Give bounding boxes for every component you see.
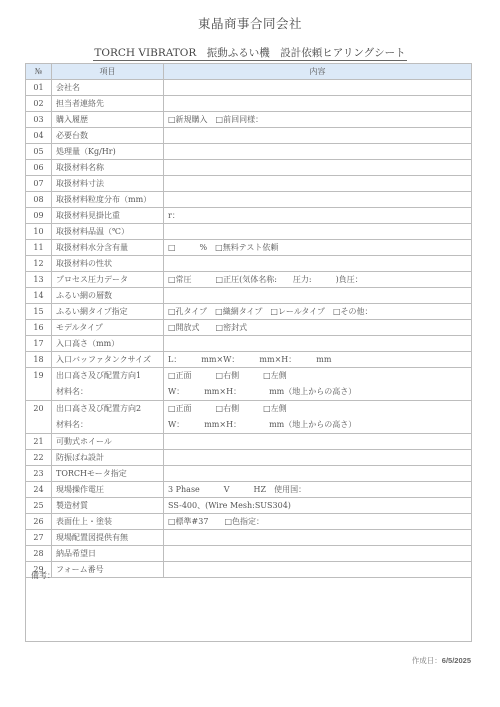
row-item-line1: 出口高さ及び配置方向2: [56, 401, 159, 417]
table-row: 10取扱材料品温（℃）: [26, 224, 472, 240]
table-row: 24現場操作電圧3 Phase V HZ 使用国：: [26, 482, 472, 498]
row-content-field[interactable]: L： mm×W： mm×H： mm: [164, 352, 472, 368]
row-item: 会社名: [52, 80, 164, 96]
row-item: TORCHモータ指定: [52, 466, 164, 482]
row-item: 納品希望日: [52, 546, 164, 562]
row-content-field[interactable]: □標準#37 □色指定：: [164, 514, 472, 530]
row-number: 21: [26, 434, 52, 450]
created-date: 作成日：6/5/2025: [412, 655, 471, 666]
row-item: 製造材質: [52, 498, 164, 514]
row-content-field[interactable]: SS-400、(Wire Mesh:SUS304): [164, 498, 472, 514]
row-number: 18: [26, 352, 52, 368]
row-number: 03: [26, 112, 52, 128]
row-content-field-line2: W： mm×H： mm（地上からの高さ）: [168, 417, 467, 433]
row-content-field-line2: W： mm×H： mm（地上からの高さ）: [168, 384, 467, 400]
table-row: 03購入履歴□新規購入 □前回同様：: [26, 112, 472, 128]
row-number: 01: [26, 80, 52, 96]
row-item: 現場配置図提供有無: [52, 530, 164, 546]
row-item: 取扱材料品温（℃）: [52, 224, 164, 240]
row-number: 02: [26, 96, 52, 112]
row-item: 可動式ホイール: [52, 434, 164, 450]
table-row: 15ふるい網タイプ指定□孔タイプ □織網タイプ □レールタイプ □その他：: [26, 304, 472, 320]
company-name: 東晶商事合同会社: [0, 14, 500, 32]
hearing-sheet-table: № 項目 内容 01会社名02担当者連絡先03購入履歴□新規購入 □前回同様：0…: [25, 63, 472, 578]
row-number: 13: [26, 272, 52, 288]
table-row: 22防振ばね設計: [26, 450, 472, 466]
row-item: モデルタイプ: [52, 320, 164, 336]
row-content-field[interactable]: [164, 434, 472, 450]
row-item: 担当者連絡先: [52, 96, 164, 112]
column-header-item: 項目: [52, 64, 164, 80]
table-row: 19出口高さ及び配置方向1材料名：□正面 □右側 □左側W： mm×H： mm（…: [26, 368, 472, 401]
row-content-field[interactable]: [164, 224, 472, 240]
row-content-field[interactable]: [164, 192, 472, 208]
row-item-line1: 出口高さ及び配置方向1: [56, 368, 159, 384]
remarks-box[interactable]: 備考：: [25, 566, 472, 642]
table-row: 20出口高さ及び配置方向2材料名：□正面 □右側 □左側W： mm×H： mm（…: [26, 401, 472, 434]
table-row: 25製造材質SS-400、(Wire Mesh:SUS304): [26, 498, 472, 514]
row-number: 10: [26, 224, 52, 240]
row-item: 購入履歴: [52, 112, 164, 128]
row-content-field[interactable]: [164, 450, 472, 466]
row-item: 取扱材料粒度分布（mm）: [52, 192, 164, 208]
row-number: 12: [26, 256, 52, 272]
row-content-field[interactable]: r：: [164, 208, 472, 224]
table-row: 21可動式ホイール: [26, 434, 472, 450]
row-number: 11: [26, 240, 52, 256]
row-number: 20: [26, 401, 52, 434]
table-row: 23TORCHモータ指定: [26, 466, 472, 482]
row-content-field[interactable]: [164, 466, 472, 482]
document-title: TORCH VIBRATOR 振動ふるい機 設計依頼ヒアリングシート: [0, 41, 500, 60]
table-row: 27現場配置図提供有無: [26, 530, 472, 546]
row-number: 09: [26, 208, 52, 224]
table-row: 18入口バッファタンクサイズL： mm×W： mm×H： mm: [26, 352, 472, 368]
row-number: 22: [26, 450, 52, 466]
row-content-field[interactable]: [164, 530, 472, 546]
row-number: 25: [26, 498, 52, 514]
row-number: 14: [26, 288, 52, 304]
row-item: 表面仕上・塗装: [52, 514, 164, 530]
table-row: 08取扱材料粒度分布（mm）: [26, 192, 472, 208]
row-number: 05: [26, 144, 52, 160]
row-item: 現場操作電圧: [52, 482, 164, 498]
row-item: 処理量（Kg/Hr): [52, 144, 164, 160]
row-content-field[interactable]: □開放式 □密封式: [164, 320, 472, 336]
table-row: 14ふるい網の層数: [26, 288, 472, 304]
row-content-field[interactable]: □ % □無料テスト依頼: [164, 240, 472, 256]
table-row: 09取扱材料見掛比重r：: [26, 208, 472, 224]
table-row: 12取扱材料の性状: [26, 256, 472, 272]
row-content-field-line1: □正面 □右側 □左側: [168, 368, 467, 384]
row-number: 19: [26, 368, 52, 401]
row-number: 16: [26, 320, 52, 336]
row-content-field[interactable]: [164, 80, 472, 96]
row-content-field[interactable]: [164, 144, 472, 160]
row-content-field[interactable]: [164, 160, 472, 176]
row-content-field[interactable]: [164, 96, 472, 112]
remarks-label: 備考：: [31, 570, 55, 581]
row-item: ふるい網タイプ指定: [52, 304, 164, 320]
table-row: 11取扱材料水分含有量□ % □無料テスト依頼: [26, 240, 472, 256]
row-item: 取扱材料寸法: [52, 176, 164, 192]
row-item: 取扱材料の性状: [52, 256, 164, 272]
row-item: 入口バッファタンクサイズ: [52, 352, 164, 368]
table-header-row: № 項目 内容: [26, 64, 472, 80]
table-row: 05処理量（Kg/Hr): [26, 144, 472, 160]
row-number: 15: [26, 304, 52, 320]
row-item: 入口高さ（mm）: [52, 336, 164, 352]
row-item: プロセス圧力データ: [52, 272, 164, 288]
row-content-field[interactable]: □新規購入 □前回同様：: [164, 112, 472, 128]
row-number: 26: [26, 514, 52, 530]
row-content-field[interactable]: □正面 □右側 □左側W： mm×H： mm（地上からの高さ）: [164, 368, 472, 401]
table-row: 06取扱材料名称: [26, 160, 472, 176]
row-number: 27: [26, 530, 52, 546]
table-row: 13プロセス圧力データ□常圧 □正圧(気体名称: 圧力: )負圧：: [26, 272, 472, 288]
row-content-field[interactable]: □常圧 □正圧(気体名称: 圧力: )負圧：: [164, 272, 472, 288]
row-item: 出口高さ及び配置方向2材料名：: [52, 401, 164, 434]
row-item: 取扱材料水分含有量: [52, 240, 164, 256]
row-content-field[interactable]: [164, 128, 472, 144]
row-number: 04: [26, 128, 52, 144]
row-item: 出口高さ及び配置方向1材料名：: [52, 368, 164, 401]
row-item: 防振ばね設計: [52, 450, 164, 466]
row-item: 必要台数: [52, 128, 164, 144]
row-content-field-line1: □正面 □右側 □左側: [168, 401, 467, 417]
table-row: 28納品希望日: [26, 546, 472, 562]
table-row: 04必要台数: [26, 128, 472, 144]
row-number: 24: [26, 482, 52, 498]
row-content-field[interactable]: □正面 □右側 □左側W： mm×H： mm（地上からの高さ）: [164, 401, 472, 434]
row-number: 17: [26, 336, 52, 352]
row-item-line2: 材料名：: [56, 384, 159, 400]
table-row: 16モデルタイプ□開放式 □密封式: [26, 320, 472, 336]
created-date-value: 6/5/2025: [442, 656, 471, 665]
row-item: 取扱材料見掛比重: [52, 208, 164, 224]
row-number: 06: [26, 160, 52, 176]
row-item-line2: 材料名：: [56, 417, 159, 433]
table-row: 07取扱材料寸法: [26, 176, 472, 192]
row-item: ふるい網の層数: [52, 288, 164, 304]
created-date-label: 作成日：: [412, 656, 442, 665]
row-item: 取扱材料名称: [52, 160, 164, 176]
row-content-field[interactable]: [164, 256, 472, 272]
column-header-no: №: [26, 64, 52, 80]
row-content-field[interactable]: [164, 176, 472, 192]
row-content-field[interactable]: 3 Phase V HZ 使用国：: [164, 482, 472, 498]
row-number: 08: [26, 192, 52, 208]
table-row: 17入口高さ（mm）: [26, 336, 472, 352]
row-content-field[interactable]: [164, 336, 472, 352]
table-row: 02担当者連絡先: [26, 96, 472, 112]
document-title-text: TORCH VIBRATOR 振動ふるい機 設計依頼ヒアリングシート: [93, 47, 406, 61]
row-number: 23: [26, 466, 52, 482]
row-content-field[interactable]: [164, 288, 472, 304]
row-number: 28: [26, 546, 52, 562]
table-row: 01会社名: [26, 80, 472, 96]
column-header-content: 内容: [164, 64, 472, 80]
row-content-field[interactable]: □孔タイプ □織網タイプ □レールタイプ □その他：: [164, 304, 472, 320]
row-content-field[interactable]: [164, 546, 472, 562]
row-number: 07: [26, 176, 52, 192]
table-row: 26表面仕上・塗装□標準#37 □色指定：: [26, 514, 472, 530]
